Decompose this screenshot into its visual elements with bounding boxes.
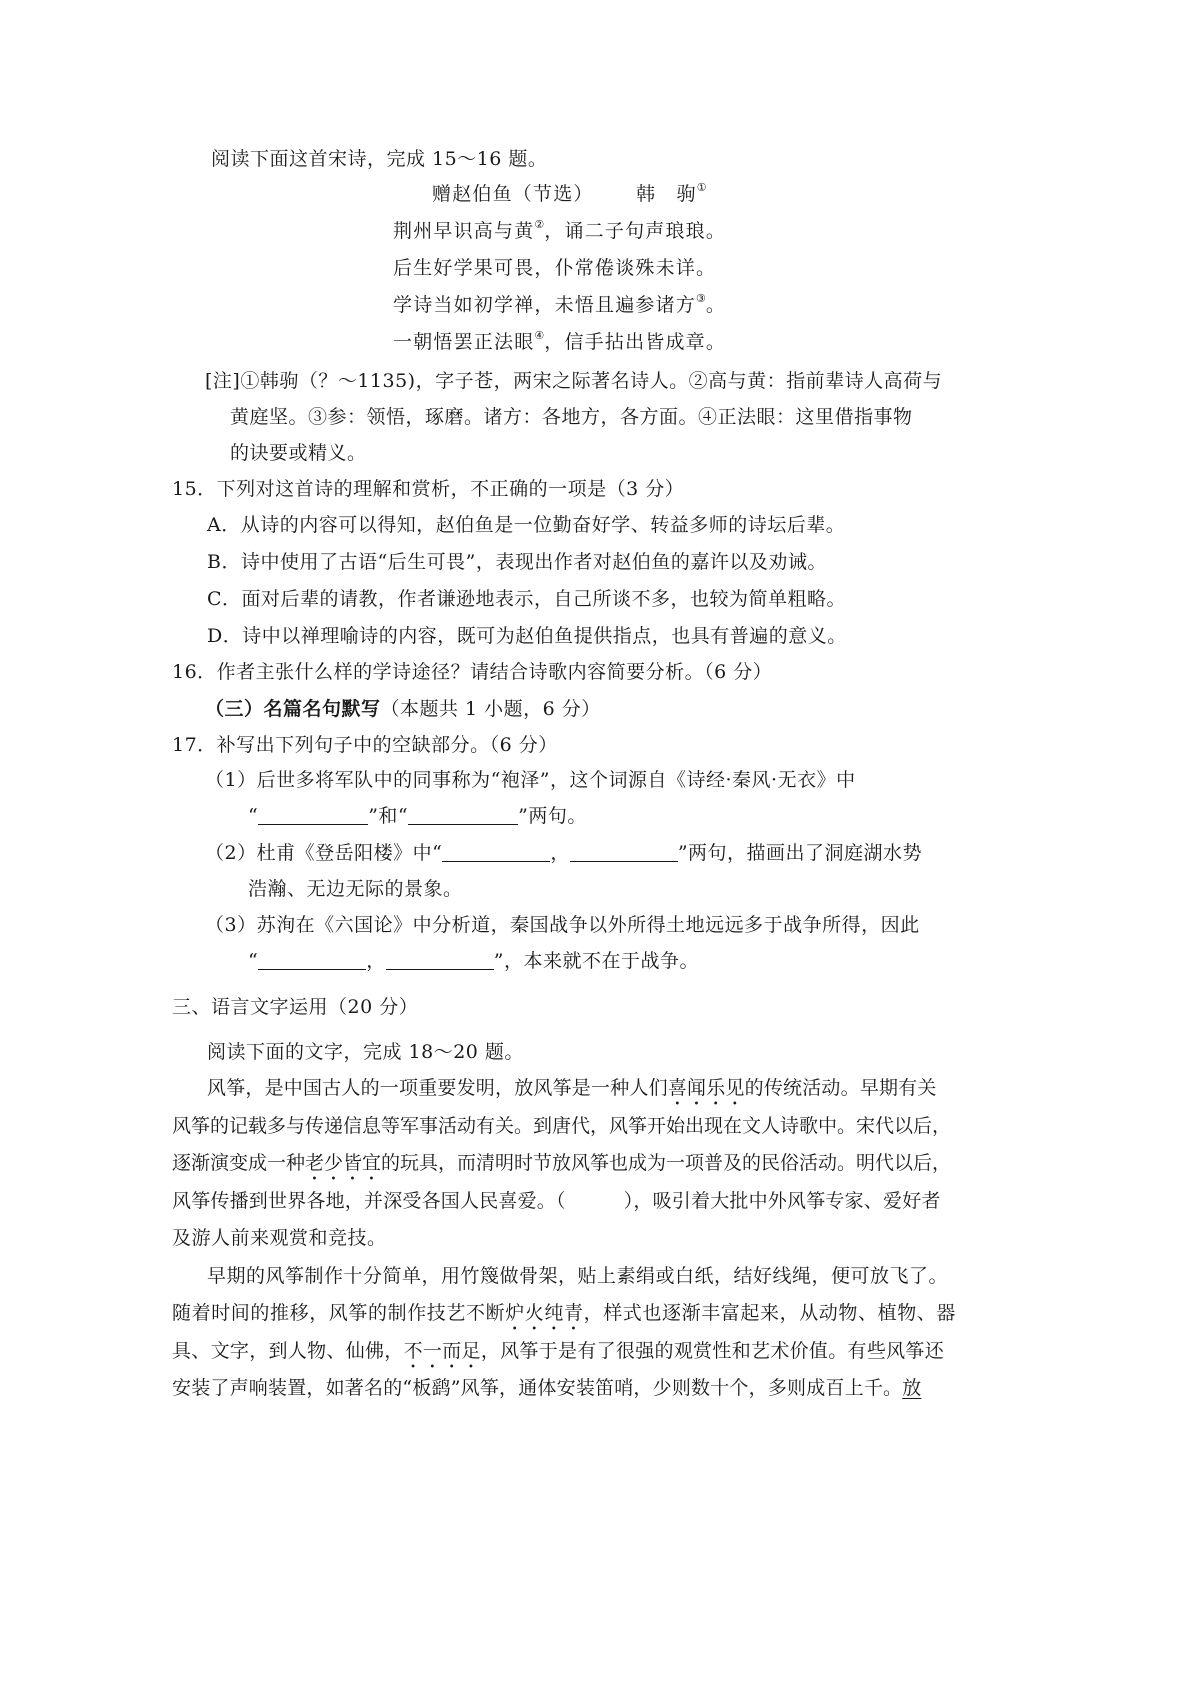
question-15-option-a: A．从诗的内容可以得知，赵伯鱼是一位勤奋好学、转益多师的诗坛后辈。 (207, 513, 845, 537)
answer-blank[interactable] (258, 951, 366, 970)
quote-mark: “ (248, 950, 258, 972)
passage-line: 风筝传播到世界各地，并深受各国人民喜爱。（），吸引着大批中外风筝专家、爱好者 (172, 1189, 941, 1213)
passage-text: ，风筝于是有了很强的观赏性和艺术价值。有些风筝还 (481, 1340, 944, 1362)
passage-line: 随着时间的推移，风筝的制作技艺不断炉火纯青，样式也逐渐丰富起来，从动物、植物、器 (172, 1301, 956, 1335)
passage-line: 逐渐演变成一种老少皆宜的玩具，而清明时节放风筝也成为一项普及的民俗活动。明代以后… (172, 1151, 951, 1185)
poem-line-text: 荆州早识高与黄 (393, 220, 534, 242)
reading-instruction: 阅读下面这首宋诗，完成 15～16 题。 (211, 147, 547, 171)
poem-notes-line: 的诀要或精义。 (230, 441, 367, 465)
passage-text: 具、文字，到人物、仙佛， (172, 1340, 404, 1362)
quote-mark: “ (248, 805, 258, 827)
section-subtitle: （本题共 1 小题，6 分） (381, 698, 601, 720)
suffix-text: ”两句，描画出了洞庭湖水势 (678, 842, 922, 864)
passage-text: 随着时间的推移，风筝的制作技艺不断 (172, 1302, 505, 1324)
poem-author: 韩 驹 (636, 183, 697, 205)
passage-text: 的玩具，而清明时节放风筝也成为一项普及的民俗活动。明代以后， (381, 1152, 951, 1174)
poem-notes-line: 黄庭坚。③参：领悟，琢磨。诸方：各地方，各方面。④正法眼：这里借指事物 (230, 405, 913, 429)
question-15-option-d: D．诗中以禅理喻诗的内容，既可为赵伯鱼提供指点，也具有普遍的意义。 (207, 624, 847, 648)
footnote-marker: ③ (696, 292, 706, 305)
passage-text: ，样式也逐渐丰富起来，从动物、植物、器 (584, 1302, 956, 1324)
section-title: （三）名篇名句默写 (205, 698, 381, 720)
question-17-item-1-blanks: “”和“”两句。 (248, 804, 587, 828)
emphasized-idiom: 不一而足 (404, 1340, 481, 1362)
reading-instruction: 阅读下面的文字，完成 18～20 题。 (207, 1040, 524, 1064)
passage-line: 安装了声响装置，如著名的“板鹞”风筝，通体安装笛哨，少则数十个，多则成百上千。放 (172, 1376, 921, 1400)
passage-line: 具、文字，到人物、仙佛，不一而足，风筝于是有了很强的观赏性和艺术价值。有些风筝还 (172, 1339, 944, 1373)
answer-blank[interactable] (442, 843, 550, 862)
emphasized-idiom: 喜闻乐见 (668, 1077, 745, 1099)
passage-line: 及游人前来观赏和竞技。 (172, 1226, 387, 1250)
question-15-stem: 15．下列对这首诗的理解和赏析，不正确的一项是（3 分） (172, 477, 684, 501)
question-17-item-1: （1）后世多将军队中的同事称为“袍泽”，这个词源自《诗经·秦风·无衣》中 (205, 768, 856, 792)
passage-text: 的传统活动。早期有关 (745, 1077, 937, 1099)
emphasized-idiom: 老少皆宜 (305, 1152, 381, 1174)
passage-text: 安装了声响装置，如著名的“板鹞”风筝，通体安装笛哨，少则数十个，多则成百上千。 (172, 1377, 902, 1399)
passage-text: 逐渐演变成一种 (172, 1152, 305, 1174)
passage-text: 风筝传播到世界各地，并深受各国人民喜爱。（ (172, 1190, 566, 1212)
footnote-marker: ① (697, 181, 707, 194)
answer-blank[interactable] (570, 843, 678, 862)
poem-line: 荆州早识高与黄②，诵二子句声琅琅。 (393, 219, 726, 243)
section-heading: （三）名篇名句默写（本题共 1 小题，6 分） (205, 697, 601, 721)
underlined-text: 放 (902, 1377, 921, 1399)
poem-line: 一朝悟罢正法眼④，信手拈出皆成章。 (393, 330, 726, 354)
passage-text: 风筝，是中国古人的一项重要发明，放风筝是一种人们 (207, 1077, 668, 1099)
question-15-option-c: C．面对后辈的请教，作者谦逊地表示，自己所谈不多，也较为简单粗略。 (207, 587, 846, 611)
emphasized-idiom: 炉火纯青 (505, 1302, 583, 1324)
question-17-item-2: （2）杜甫《登岳阳楼》中“，”两句，描画出了洞庭湖水势 (205, 841, 922, 865)
suffix-text: ”两句。 (518, 805, 587, 827)
question-17-item-2-cont: 浩瀚、无边无际的景象。 (248, 877, 463, 901)
poem-title-text: 赠赵伯鱼（节选） (432, 183, 594, 205)
poem-line: 后生好学果可畏，仆常倦谈殊未详。 (393, 256, 716, 280)
part-3-heading: 三、语言文字运用（20 分） (172, 995, 418, 1019)
answer-blank[interactable] (408, 806, 518, 825)
passage-line: 风筝，是中国古人的一项重要发明，放风筝是一种人们喜闻乐见的传统活动。早期有关 (207, 1076, 937, 1110)
answer-blank[interactable] (258, 806, 368, 825)
question-17-stem: 17．补写出下列句子中的空缺部分。（6 分） (172, 733, 558, 757)
poem-line-text: ，信手拈出皆成章。 (544, 331, 726, 353)
question-16-stem: 16．作者主张什么样的学诗途径？请结合诗歌内容简要分析。（6 分） (172, 660, 772, 684)
question-17-item-3-blanks: “，”，本来就不在于战争。 (248, 949, 699, 973)
question-15-option-b: B．诗中使用了古语“后生可畏”，表现出作者对赵伯鱼的嘉许以及劝诫。 (207, 550, 827, 574)
passage-line: 风筝的记载多与传递信息等军事活动有关。到唐代，风筝开始出现在文人诗歌中。宋代以后… (172, 1114, 951, 1138)
footnote-marker: ② (534, 218, 544, 231)
poem-notes-line: [注]①韩驹（？～1135)，字子苍，两宋之际著名诗人。②高与黄：指前辈诗人高荷… (205, 369, 942, 393)
passage-text: ），吸引着大批中外风筝专家、爱好者 (624, 1190, 941, 1212)
poem-title: 赠赵伯鱼（节选） 韩 驹① (432, 182, 707, 206)
comma: ， (550, 842, 570, 864)
poem-line-text: 学诗当如初学禅，未悟且遍参诸方 (393, 294, 696, 316)
poem-line-text: 一朝悟罢正法眼 (393, 331, 534, 353)
suffix-text: ”，本来就不在于战争。 (494, 950, 699, 972)
footnote-marker: ④ (534, 329, 544, 342)
poem-line: 学诗当如初学禅，未悟且遍参诸方③。 (393, 293, 726, 317)
passage-line: 早期的风筝制作十分简单，用竹篾做骨架，贴上素绢或白纸，结好线绳，便可放飞了。 (207, 1264, 948, 1288)
prefix-text: （2）杜甫《登岳阳楼》中“ (205, 842, 442, 864)
question-17-item-3: （3）苏洵在《六国论》中分析道，秦国战争以外所得土地远远多于战争所得，因此 (205, 913, 920, 937)
comma: ， (366, 950, 386, 972)
poem-line-text: 。 (706, 294, 726, 316)
poem-line-text: 后生好学果可畏，仆常倦谈殊未详。 (393, 257, 716, 279)
connector-text: ”和“ (368, 805, 408, 827)
answer-blank[interactable] (386, 951, 494, 970)
poem-line-text: ，诵二子句声琅琅。 (544, 220, 726, 242)
